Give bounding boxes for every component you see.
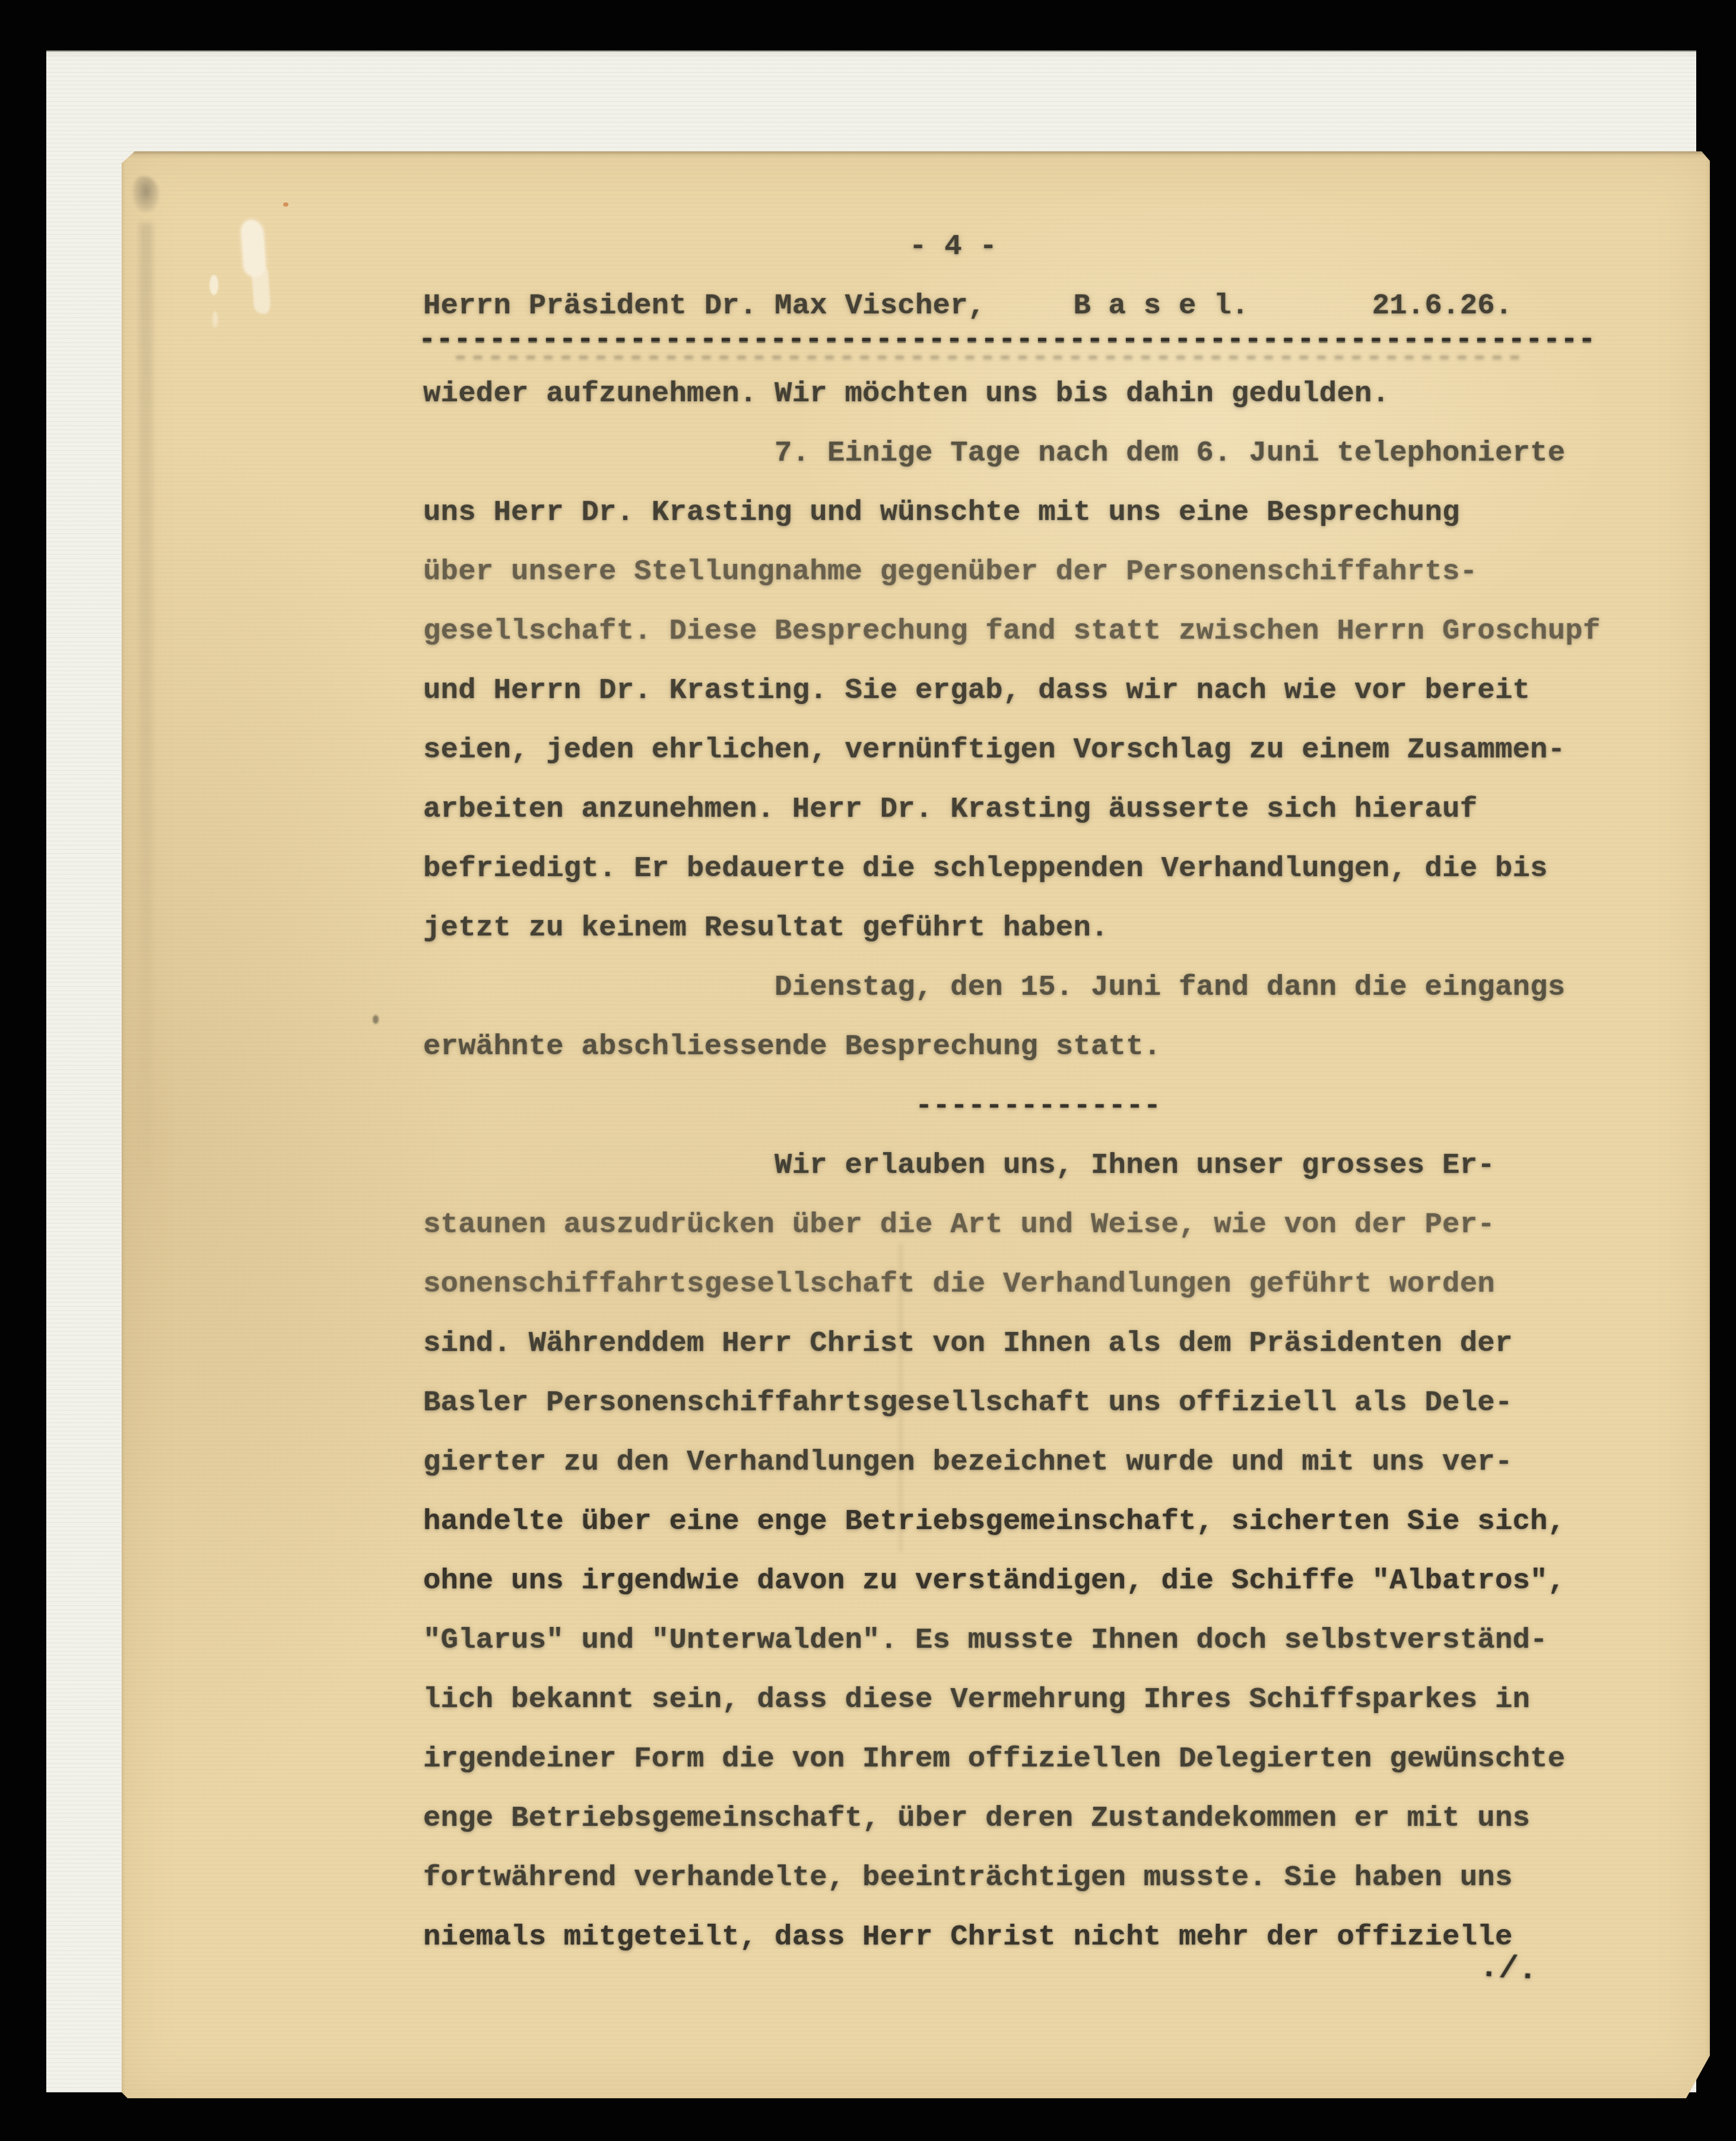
- ink-fleck: [373, 1015, 379, 1024]
- letter-body: wieder aufzunehmen. Wir möchten uns bis …: [423, 364, 1601, 1966]
- scan-mat: - 4 - Herrn Präsident Dr. Max Vischer, B…: [46, 50, 1696, 2092]
- text-line: seien, jeden ehrlichen, vernünftigen Vor…: [423, 720, 1601, 779]
- text-line: Wir erlauben uns, Ihnen unser grosses Er…: [423, 1135, 1601, 1195]
- text-line: und Herrn Dr. Krasting. Sie ergab, dass …: [423, 661, 1601, 720]
- page-number: - 4 -: [909, 226, 997, 267]
- text-line: wieder aufzunehmen. Wir möchten uns bis …: [423, 364, 1601, 423]
- text-line: gierter zu den Verhandlungen bezeichnet …: [423, 1432, 1601, 1492]
- paper-damage-spot: [241, 220, 266, 277]
- text-line: ohne uns irgendwie davon zu verständigen…: [423, 1551, 1601, 1610]
- text-line: uns Herr Dr. Krasting und wünschte mit u…: [423, 483, 1601, 542]
- text-line: Dienstag, den 15. Juni fand dann die ein…: [423, 957, 1601, 1017]
- text-line: 7. Einige Tage nach dem 6. Juni telephon…: [423, 423, 1601, 483]
- text-line: über unsere Stellungnahme gegenüber der …: [423, 542, 1601, 601]
- text-line: arbeiten anzunehmen. Herr Dr. Krasting ä…: [423, 779, 1601, 839]
- text-line: enge Betriebsgemeinschaft, über deren Zu…: [423, 1788, 1601, 1848]
- text-line: staunen auszudrücken über die Art und We…: [423, 1195, 1601, 1254]
- text-line: sind. Währenddem Herr Christ von Ihnen a…: [423, 1314, 1601, 1373]
- paper-fleck: [283, 202, 288, 207]
- text-line: --------------: [423, 1076, 1601, 1135]
- paper-damage-nick: [210, 275, 218, 295]
- text-line: Basler Personenschiffahrtsgesellschaft u…: [423, 1373, 1601, 1432]
- text-line: niemals mitgeteilt, dass Herr Christ nic…: [423, 1907, 1601, 1966]
- text-line: befriedigt. Er bedauerte die schleppende…: [423, 839, 1601, 898]
- text-line: irgendeiner Form die von Ihrem offiziell…: [423, 1729, 1601, 1788]
- ink-smudge: [132, 176, 160, 213]
- text-line: handelte über eine enge Betriebsgemeinsc…: [423, 1492, 1601, 1551]
- text-line: sonenschiffahrtsgesellschaft die Verhand…: [423, 1254, 1601, 1314]
- text-line: jetzt zu keinem Resultat geführt haben.: [423, 898, 1601, 957]
- text-line: gesellschaft. Diese Besprechung fand sta…: [423, 601, 1601, 661]
- text-line: fortwährend verhandelte, beeinträchtigen…: [423, 1848, 1601, 1907]
- paper-edge-streak: [139, 223, 153, 1196]
- continuation-mark: ./.: [1478, 1947, 1538, 1991]
- letter-page: - 4 - Herrn Präsident Dr. Max Vischer, B…: [122, 151, 1710, 2098]
- text-line: lich bekannt sein, dass diese Vermehrung…: [423, 1670, 1601, 1729]
- scan-background: - 4 - Herrn Präsident Dr. Max Vischer, B…: [0, 0, 1736, 2141]
- text-line: erwähnte abschliessende Besprechung stat…: [423, 1017, 1601, 1076]
- text-line: "Glarus" und "Unterwalden". Es musste Ih…: [423, 1610, 1601, 1670]
